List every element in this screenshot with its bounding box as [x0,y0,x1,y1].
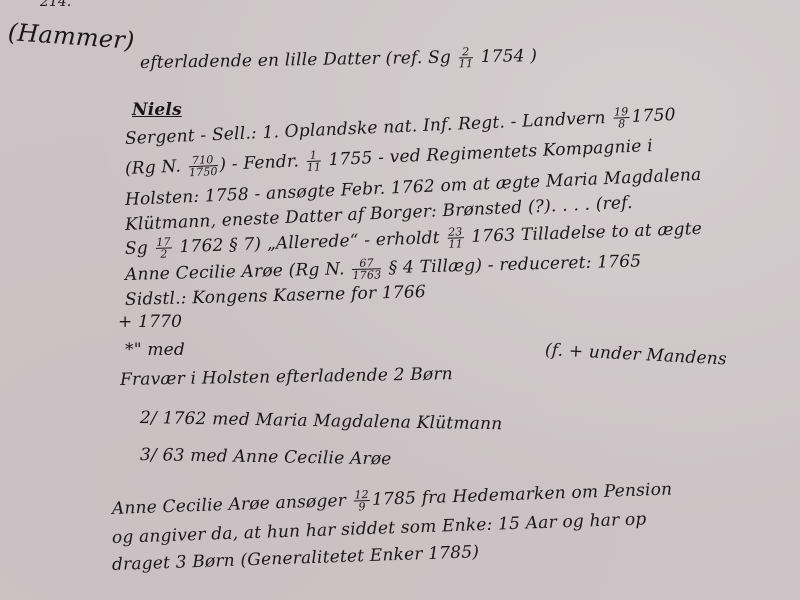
marriage-2-line: 3/ 63 med Anne Cecilie Arøe [140,445,392,469]
person-name-heading: Niels [132,100,182,120]
daughter-text: efterladende en lille Datter (ref. Sg [140,48,451,73]
marriage-note: (f. + under Mandens [544,340,727,370]
entry-line-10: Fravær i Holsten efterladende 2 Børn [120,364,453,390]
daughter-line: efterladende en lille Datter (ref. Sg 21… [140,45,538,75]
marriage-intro-line: *" med [125,340,185,360]
daughter-date-fraction: 211 [458,46,473,69]
surname-heading: (Hammer) [7,18,135,55]
manuscript-page: 214. (Hammer) efterladende en lille Datt… [0,0,800,600]
marriage-1-line: 2/ 1762 med Maria Magdalena Klütmann [140,408,503,434]
entry-line-7: Sidstl.: Kongens Kaserne for 1766 [125,282,426,310]
death-line: + 1770 [118,312,182,332]
page-number: 214. [40,0,71,10]
pension-line-3: draget 3 Børn (Generalitetet Enker 1785) [112,542,480,575]
daughter-year: 1754 ) [480,46,537,67]
